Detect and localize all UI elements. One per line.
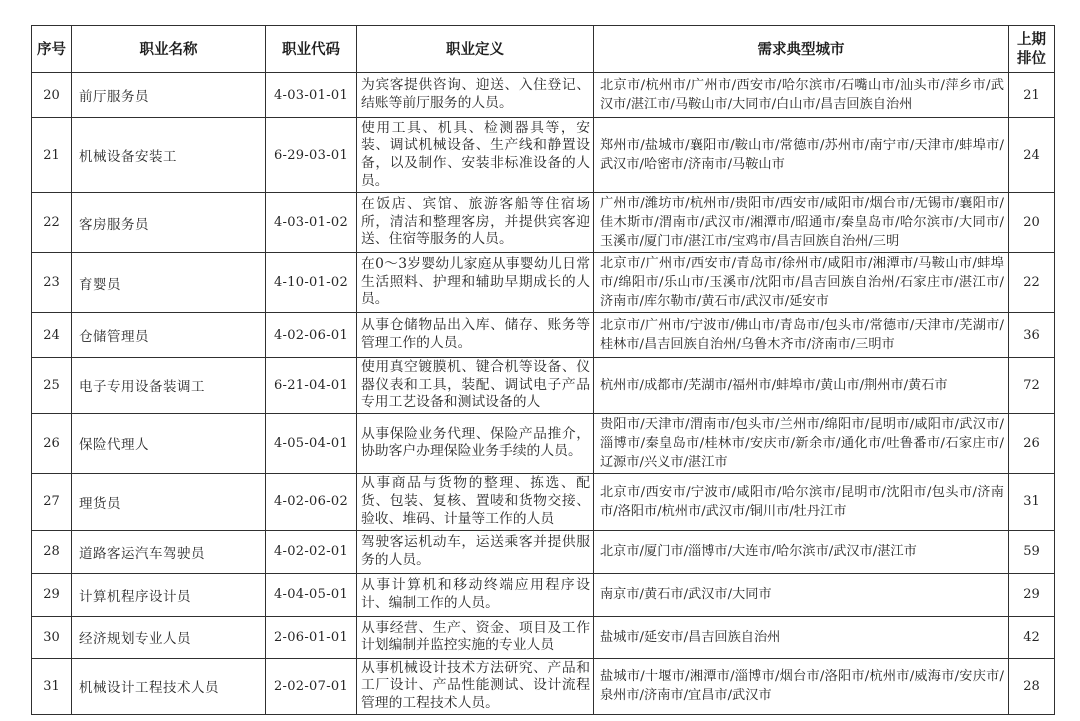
cell-occupation-name: 经济规划专业人员: [72, 616, 266, 658]
cell-cities: 北京市/杭州市/广州市/西安市/哈尔滨市/石嘴山市/汕头市/萍乡市/武汉市/湛江…: [594, 73, 1009, 118]
cell-definition: 使用工具、机具、检测器具等，安装、调试机械设备、生产线和静置设备，以及制作、安装…: [357, 118, 594, 193]
cell-occupation-name: 育婴员: [72, 253, 266, 313]
header-cell-no: 序号: [32, 26, 72, 73]
table-row: 27 理货员 4-02-06-02 从事商品与货物的整理、拣选、配货、包装、复核…: [32, 473, 1055, 530]
cell-no: 28: [32, 530, 72, 573]
cell-occupation-code: 4-02-06-01: [266, 313, 357, 358]
table-row: 25 电子专用设备装调工 6-21-04-01 使用真空镀膜机、键合机等设备、仪…: [32, 358, 1055, 414]
cell-definition: 从事商品与货物的整理、拣选、配货、包装、复核、置唛和货物交接、验收、堆码、计量等…: [357, 473, 594, 530]
cell-occupation-name: 前厅服务员: [72, 73, 266, 118]
cell-occupation-code: 4-03-01-02: [266, 193, 357, 253]
header-cell-cities: 需求典型城市: [594, 26, 1009, 73]
cell-prev-rank: 24: [1009, 118, 1055, 193]
table-row: 21 机械设备安装工 6-29-03-01 使用工具、机具、检测器具等，安装、调…: [32, 118, 1055, 193]
cell-prev-rank: 29: [1009, 573, 1055, 616]
cell-definition: 从事计算机和移动终端应用程序设计、编制工作的人员。: [357, 573, 594, 616]
cell-cities: 郑州市/盐城市/襄阳市/鞍山市/常德市/苏州市/南宁市/天津市/蚌埠市/武汉市/…: [594, 118, 1009, 193]
cell-prev-rank: 31: [1009, 473, 1055, 530]
cell-occupation-code: 6-21-04-01: [266, 358, 357, 414]
cell-prev-rank: 72: [1009, 358, 1055, 414]
cell-definition: 在0～3岁婴幼儿家庭从事婴幼儿日常生活照料、护理和辅助早期成长的人员。: [357, 253, 594, 313]
table-row: 23 育婴员 4-10-01-02 在0～3岁婴幼儿家庭从事婴幼儿日常生活照料、…: [32, 253, 1055, 313]
cell-prev-rank: 36: [1009, 313, 1055, 358]
table-row: 29 计算机程序设计员 4-04-05-01 从事计算机和移动终端应用程序设计、…: [32, 573, 1055, 616]
header-cell-code: 职业代码: [266, 26, 357, 73]
cell-cities: 北京市/广州市/宁波市/佛山市/青岛市/包头市/常德市/天津市/芜湖市/桂林市/…: [594, 313, 1009, 358]
cell-occupation-code: 6-29-03-01: [266, 118, 357, 193]
cell-occupation-code: 4-02-02-01: [266, 530, 357, 573]
cell-no: 21: [32, 118, 72, 193]
header-cell-prev-rank: 上期排位: [1009, 26, 1055, 73]
cell-occupation-name: 保险代理人: [72, 413, 266, 473]
cell-cities: 北京市/西安市/宁波市/咸阳市/哈尔滨市/昆明市/沈阳市/包头市/济南市/洛阳市…: [594, 473, 1009, 530]
cell-cities: 盐城市/延安市/昌吉回族自治州: [594, 616, 1009, 658]
table-row: 30 经济规划专业人员 2-06-01-01 从事经营、生产、资金、项目及工作计…: [32, 616, 1055, 658]
cell-definition: 从事经营、生产、资金、项目及工作计划编制并监控实施的专业人员: [357, 616, 594, 658]
cell-no: 27: [32, 473, 72, 530]
cell-prev-rank: 22: [1009, 253, 1055, 313]
cell-no: 24: [32, 313, 72, 358]
cell-no: 25: [32, 358, 72, 414]
cell-occupation-code: 2-02-07-01: [266, 658, 357, 714]
table-row: 22 客房服务员 4-03-01-02 在饭店、宾馆、旅游客船等住宿场所，清洁和…: [32, 193, 1055, 253]
cell-no: 31: [32, 658, 72, 714]
table-row: 24 仓储管理员 4-02-06-01 从事仓储物品出入库、储存、账务等管理工作…: [32, 313, 1055, 358]
cell-no: 29: [32, 573, 72, 616]
cell-occupation-code: 4-04-05-01: [266, 573, 357, 616]
cell-occupation-code: 4-02-06-02: [266, 473, 357, 530]
cell-occupation-code: 2-06-01-01: [266, 616, 357, 658]
cell-no: 20: [32, 73, 72, 118]
cell-cities: 盐城市/十堰市/湘潭市/淄博市/烟台市/洛阳市/杭州市/威海市/安庆市/泉州市/…: [594, 658, 1009, 714]
header-cell-name: 职业名称: [72, 26, 266, 73]
cell-no: 26: [32, 413, 72, 473]
cell-occupation-name: 机械设计工程技术人员: [72, 658, 266, 714]
cell-prev-rank: 21: [1009, 73, 1055, 118]
cell-occupation-code: 4-10-01-02: [266, 253, 357, 313]
table-row: 31 机械设计工程技术人员 2-02-07-01 从事机械设计技术方法研究、产品…: [32, 658, 1055, 714]
cell-definition: 使用真空镀膜机、键合机等设备、仪器仪表和工具，装配、调试电子产品专用工艺设备和测…: [357, 358, 594, 414]
cell-occupation-code: 4-05-04-01: [266, 413, 357, 473]
cell-occupation-name: 计算机程序设计员: [72, 573, 266, 616]
cell-definition: 从事仓储物品出入库、储存、账务等管理工作的人员。: [357, 313, 594, 358]
cell-cities: 广州市/潍坊市/杭州市/贵阳市/西安市/咸阳市/烟台市/无锡市/襄阳市/佳木斯市…: [594, 193, 1009, 253]
table-row: 20 前厅服务员 4-03-01-01 为宾客提供咨询、迎送、入住登记、结账等前…: [32, 73, 1055, 118]
cell-no: 23: [32, 253, 72, 313]
cell-definition: 为宾客提供咨询、迎送、入住登记、结账等前厅服务的人员。: [357, 73, 594, 118]
cell-definition: 在饭店、宾馆、旅游客船等住宿场所，清洁和整理客房，并提供宾客迎送、住宿等服务的人…: [357, 193, 594, 253]
cell-definition: 驾驶客运机动车，运送乘客并提供服务的人员。: [357, 530, 594, 573]
cell-occupation-name: 客房服务员: [72, 193, 266, 253]
cell-occupation-name: 道路客运汽车驾驶员: [72, 530, 266, 573]
cell-prev-rank: 20: [1009, 193, 1055, 253]
cell-occupation-name: 理货员: [72, 473, 266, 530]
occupations-ranking-table: 序号 职业名称 职业代码 职业定义 需求典型城市 上期排位 20 前厅服务员 4…: [31, 25, 1055, 715]
cell-occupation-code: 4-03-01-01: [266, 73, 357, 118]
cell-prev-rank: 26: [1009, 413, 1055, 473]
cell-cities: 贵阳市/天津市/渭南市/包头市/兰州市/绵阳市/昆明市/咸阳市/武汉市/淄博市/…: [594, 413, 1009, 473]
cell-occupation-name: 仓储管理员: [72, 313, 266, 358]
cell-prev-rank: 42: [1009, 616, 1055, 658]
cell-cities: 杭州市/成都市/芜湖市/福州市/蚌埠市/黄山市/荆州市/黄石市: [594, 358, 1009, 414]
cell-definition: 从事机械设计技术方法研究、产品和工厂设计、产品性能测试、设计流程管理的工程技术人…: [357, 658, 594, 714]
cell-occupation-name: 机械设备安装工: [72, 118, 266, 193]
cell-cities: 北京市/广州市/西安市/青岛市/徐州市/咸阳市/湘潭市/马鞍山市/蚌埠市/绵阳市…: [594, 253, 1009, 313]
cell-prev-rank: 28: [1009, 658, 1055, 714]
cell-occupation-name: 电子专用设备装调工: [72, 358, 266, 414]
table-row: 26 保险代理人 4-05-04-01 从事保险业务代理、保险产品推介，协助客户…: [32, 413, 1055, 473]
cell-no: 22: [32, 193, 72, 253]
header-cell-definition: 职业定义: [357, 26, 594, 73]
cell-cities: 南京市/黄石市/武汉市/大同市: [594, 573, 1009, 616]
header-row: 序号 职业名称 职业代码 职业定义 需求典型城市 上期排位: [32, 26, 1055, 73]
cell-definition: 从事保险业务代理、保险产品推介，协助客户办理保险业务手续的人员。: [357, 413, 594, 473]
cell-cities: 北京市/厦门市/淄博市/大连市/哈尔滨市/武汉市/湛江市: [594, 530, 1009, 573]
table-row: 28 道路客运汽车驾驶员 4-02-02-01 驾驶客运机动车，运送乘客并提供服…: [32, 530, 1055, 573]
cell-no: 30: [32, 616, 72, 658]
cell-prev-rank: 59: [1009, 530, 1055, 573]
